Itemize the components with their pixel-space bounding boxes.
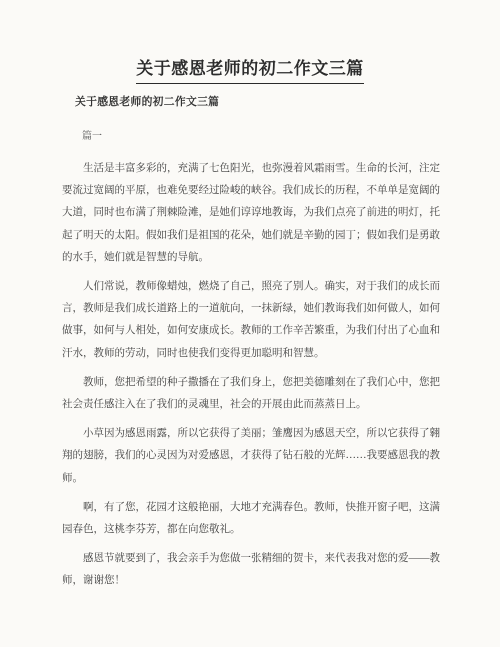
essay-body: 生活是丰富多彩的，充满了七色阳光，也弥漫着风霜雨雪。生命的长河，注定要流过宽阔的… <box>0 158 500 593</box>
essay-paragraph: 生活是丰富多彩的，充满了七色阳光，也弥漫着风霜雨雪。生命的长河，注定要流过宽阔的… <box>62 158 440 269</box>
document-page: 关于感恩老师的初二作文三篇 关于感恩老师的初二作文三篇 篇一 生活是丰富多彩的，… <box>0 0 500 647</box>
essay-paragraph: 教师，您把希望的种子撒播在了我们身上，您把美德雕刻在了我们心中，您把社会责任感注… <box>62 372 440 416</box>
document-title-text: 关于感恩老师的初二作文三篇 <box>136 57 364 84</box>
document-subtitle: 关于感恩老师的初二作文三篇 <box>75 95 500 109</box>
essay-paragraph: 啊，有了您，花园才这般艳丽，大地才充满春色。教师，快推开窗子吧，这满园春色，这桃… <box>62 497 440 541</box>
essay-paragraph: 感恩节就要到了，我会亲手为您做一张精细的贺卡，来代表我对您的爱——教师，谢谢您！ <box>62 548 440 592</box>
essay-paragraph: 小草因为感恩雨露，所以它获得了美丽；雏鹰因为感恩天空，所以它获得了翱翔的翅膀，我… <box>62 423 440 490</box>
essay-paragraph: 人们常说，教师像蜡烛，燃烧了自己，照亮了别人。确实，对于我们的成长而言，教师是我… <box>62 276 440 365</box>
section-label: 篇一 <box>82 130 500 144</box>
document-title: 关于感恩老师的初二作文三篇 <box>0 57 500 84</box>
